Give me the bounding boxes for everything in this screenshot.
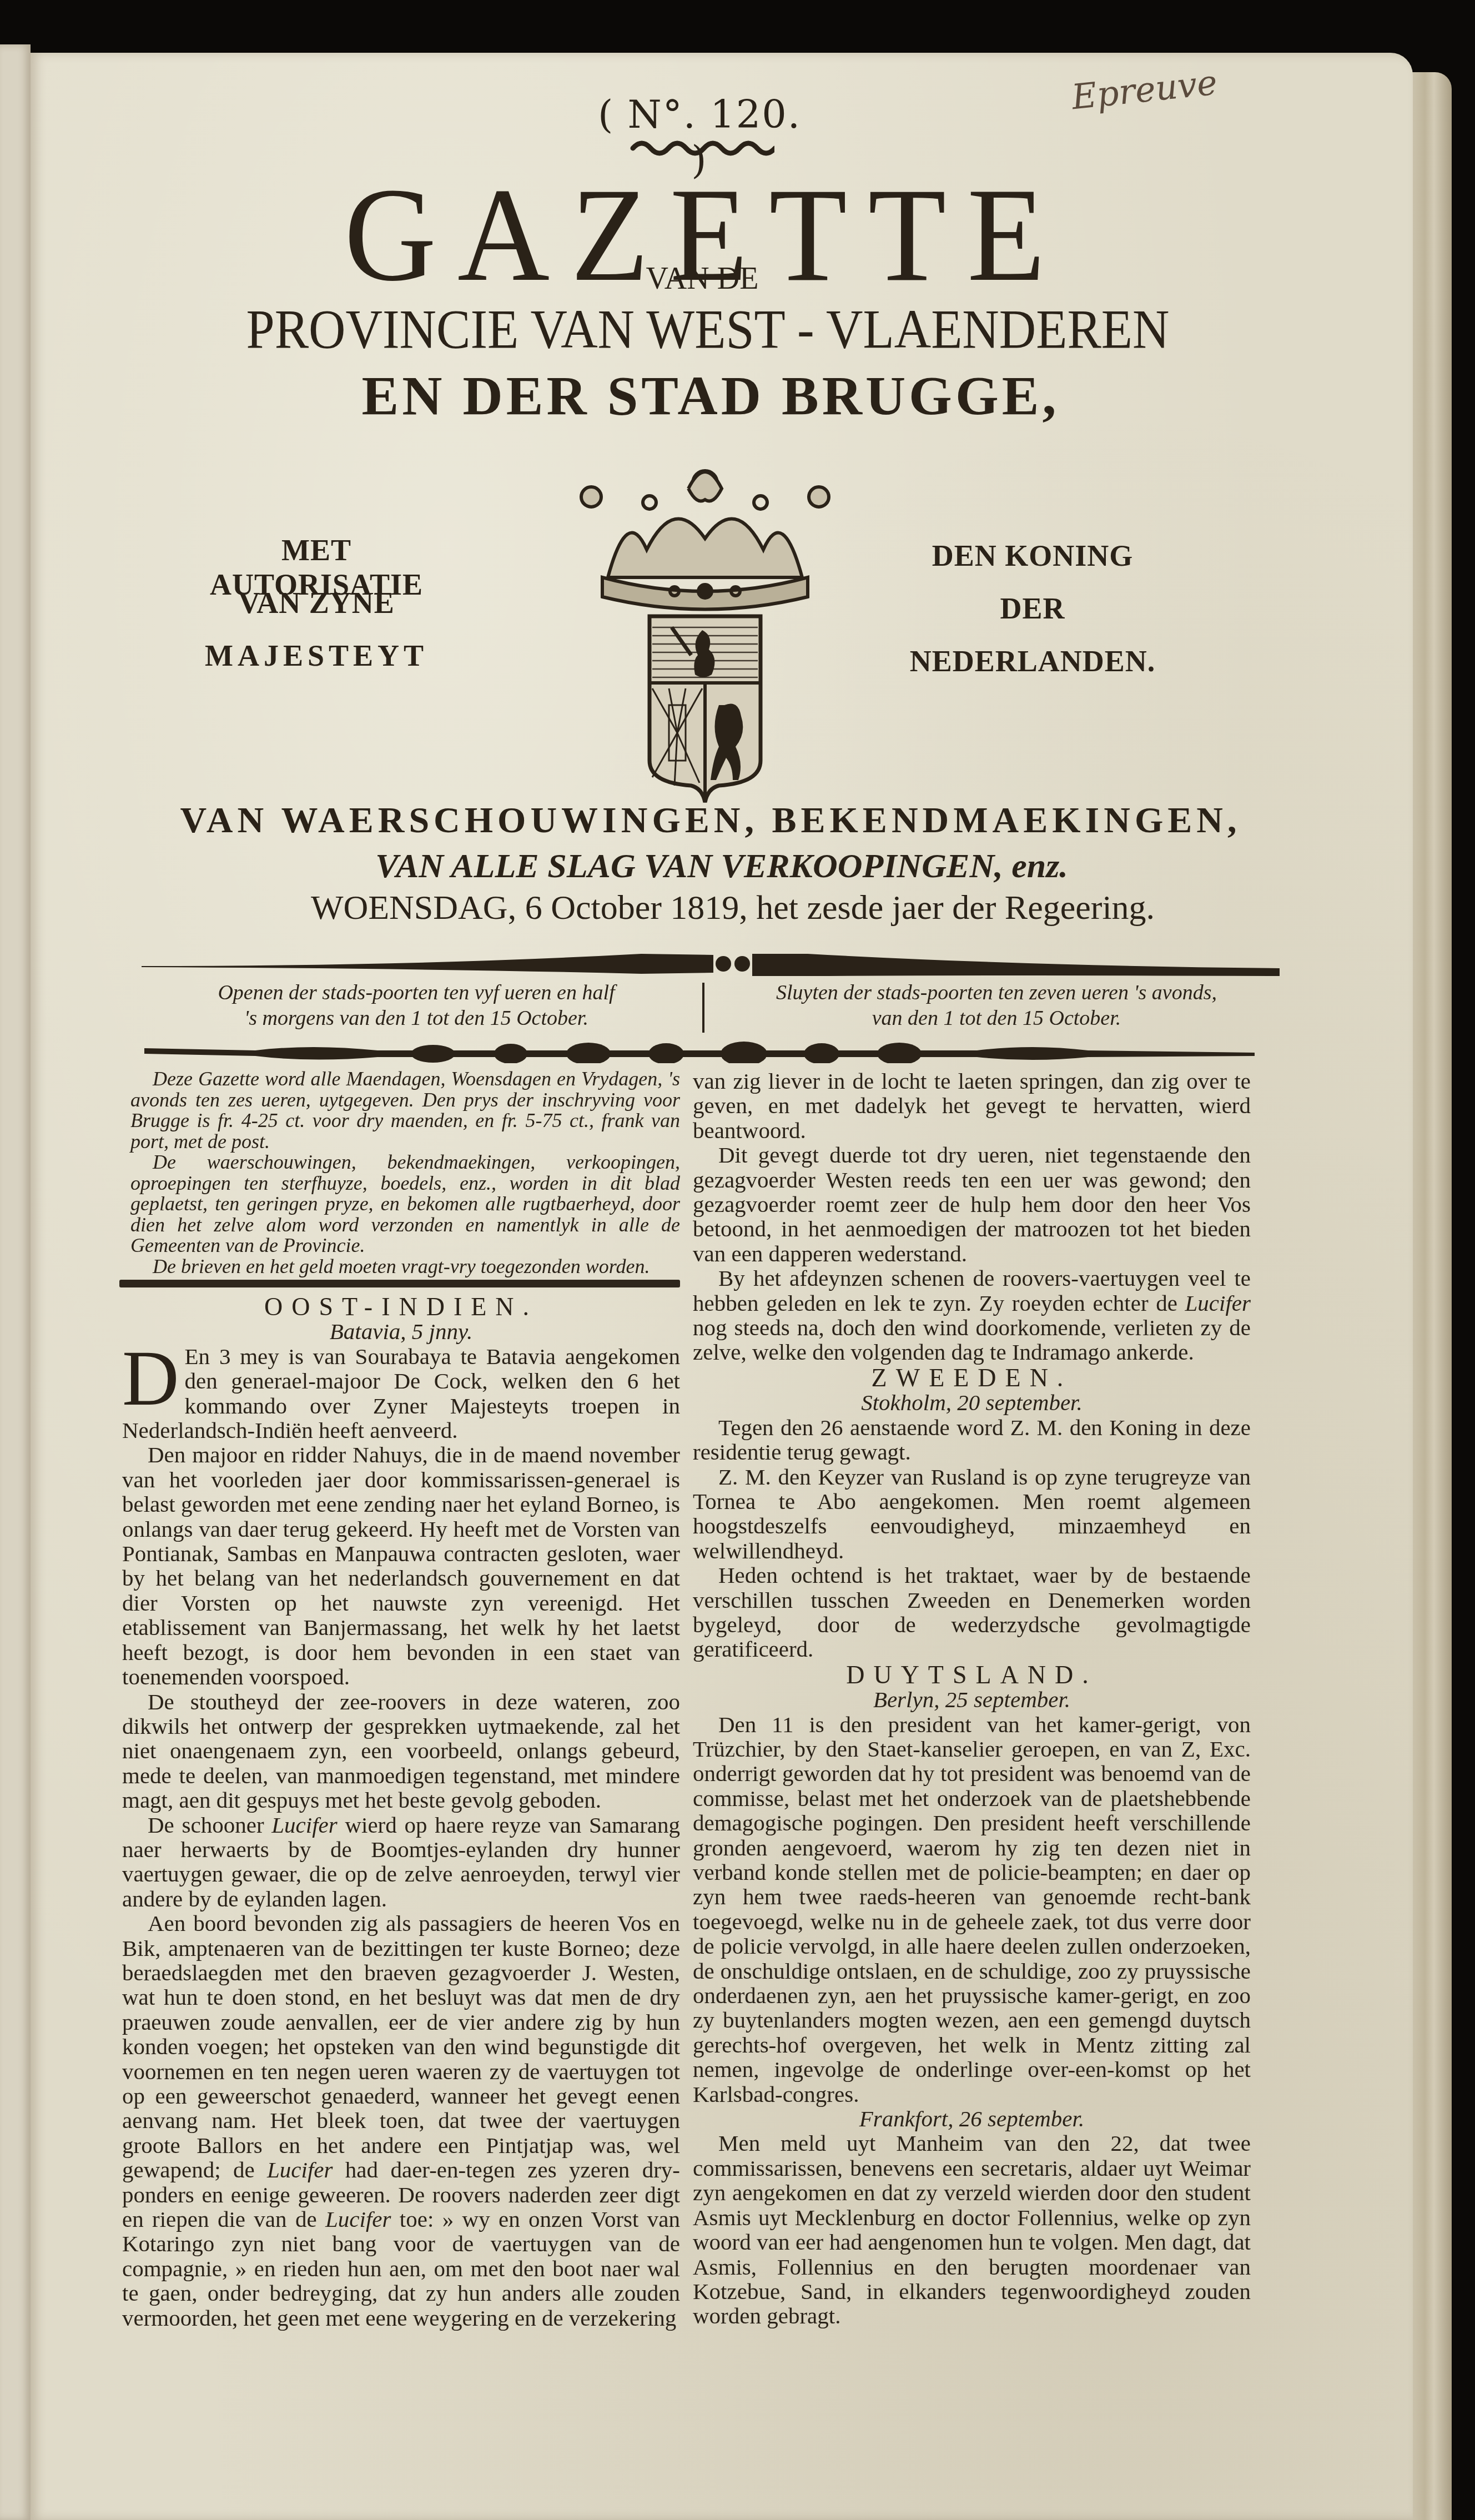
article-place-stokholm: Stokholm, 20 september.: [693, 1390, 1251, 1415]
article-paragraph: Z. M. den Keyzer van Rusland is op zyne …: [693, 1465, 1251, 1563]
king-line-2: DER: [899, 591, 1166, 626]
masthead-city: EN DER STAD BRUGGE,: [211, 364, 1210, 427]
article-place-frankfort: Frankfort, 26 september.: [693, 2106, 1251, 2131]
gate-opening-hours: Openen der stads-poorten ten vyf ueren e…: [136, 980, 697, 1031]
drop-cap: D: [122, 1347, 179, 1409]
article-paragraph: Aen boord bevonden zig als passagiers de…: [122, 1911, 680, 2330]
gate-closing-line-2: van den 1 tot den 15 October.: [711, 1005, 1282, 1031]
gate-closing-line-1: Sluyten der stads-poorten ten zeven uere…: [711, 980, 1282, 1005]
page-edge-stack: [1407, 72, 1452, 2520]
ship-name: Lucifer: [325, 2206, 391, 2232]
ship-name: Lucifer: [271, 1812, 337, 1838]
gate-opening-line-2: 's morgens van den 1 tot den 15 October.: [136, 1005, 697, 1031]
ornamental-rule-icon: [144, 1038, 1255, 1063]
subscription-notice: Deze Gazette word alle Maendagen, Woensd…: [130, 1069, 680, 1277]
coat-of-arms-icon: [530, 444, 880, 805]
notice-paragraph: De waerschouwingen, bekendmaekingen, ver…: [130, 1152, 680, 1256]
article-paragraph: By het afdeynzen schenen de roovers-vaer…: [693, 1266, 1251, 1365]
article-paragraph: Tegen den 26 aenstaende word Z. M. den K…: [693, 1415, 1251, 1465]
section-heading-zweeden: ZWEEDEN.: [693, 1366, 1251, 1390]
article-paragraph: De schooner Lucifer wierd op haere reyze…: [122, 1813, 680, 1912]
article-paragraph: Dit gevegt duerde tot dry ueren, niet te…: [693, 1143, 1251, 1266]
section-heading-duytsland: DUYTSLAND.: [693, 1663, 1251, 1687]
masthead-van-de: VAN DE: [611, 261, 794, 296]
column-left: OOST-INDIEN. Batavia, 5 jnny. DEn 3 mey …: [122, 1294, 680, 2330]
subtitle-notices: VAN WAERSCHOUWINGEN, BEKENDMAEKINGEN,: [128, 799, 1293, 842]
article-paragraph: Men meld uyt Manheim van den 22, dat twe…: [693, 2131, 1251, 2328]
previous-page-edge: [0, 44, 31, 2520]
article-paragraph: van zig liever in de locht te laeten spr…: [693, 1069, 1251, 1143]
gate-opening-line-1: Openen der stads-poorten ten vyf ueren e…: [136, 980, 697, 1005]
ship-name: Lucifer: [1185, 1290, 1251, 1316]
article-place-batavia: Batavia, 5 jnny.: [122, 1319, 680, 1344]
notice-paragraph: Deze Gazette word alle Maendagen, Woensd…: [130, 1069, 680, 1152]
king-line-3: NEDERLANDEN.: [899, 644, 1166, 678]
king-line-1: DEN KONING: [899, 539, 1166, 573]
article-paragraph: DEn 3 mey is van Sourabaya te Batavia ae…: [122, 1344, 680, 1443]
section-heading-oost-indien: OOST-INDIEN.: [122, 1295, 680, 1319]
authorisation-line-3: MAJESTEYT: [183, 638, 450, 673]
authorisation-line-2: VAN ZYNE: [183, 586, 450, 620]
article-paragraph: De stoutheyd der zee-roovers in deze wat…: [122, 1689, 680, 1813]
gate-divider: [702, 983, 704, 1033]
gate-closing-hours: Sluyten der stads-poorten ten zeven uere…: [711, 980, 1282, 1031]
masthead-province: PROVINCIE VAN WEST - VLAENDEREN: [174, 297, 1242, 361]
horizontal-rule: [119, 1280, 680, 1287]
dateline: WOENSDAG, 6 October 1819, het zesde jaer…: [178, 888, 1288, 928]
column-right: van zig liever in de locht te laeten spr…: [693, 1069, 1251, 2328]
article-place-berlyn: Berlyn, 25 september.: [693, 1687, 1251, 1712]
wave-ornament-icon: [630, 136, 774, 158]
notice-paragraph: De brieven en het geld moeten vragt-vry …: [130, 1256, 680, 1277]
ship-name: Lucifer: [267, 2157, 333, 2182]
ornamental-rule-icon: [142, 949, 1280, 977]
article-paragraph: Heden ochtend is het traktaet, waer by d…: [693, 1563, 1251, 1662]
article-paragraph: Den 11 is den president van het kamer-ge…: [693, 1712, 1251, 2107]
article-paragraph: Den majoor en ridder Nahuys, die in de m…: [122, 1442, 680, 1689]
subtitle-sales: VAN ALLE SLAG VAN VERKOOPINGEN, enz.: [222, 847, 1221, 886]
